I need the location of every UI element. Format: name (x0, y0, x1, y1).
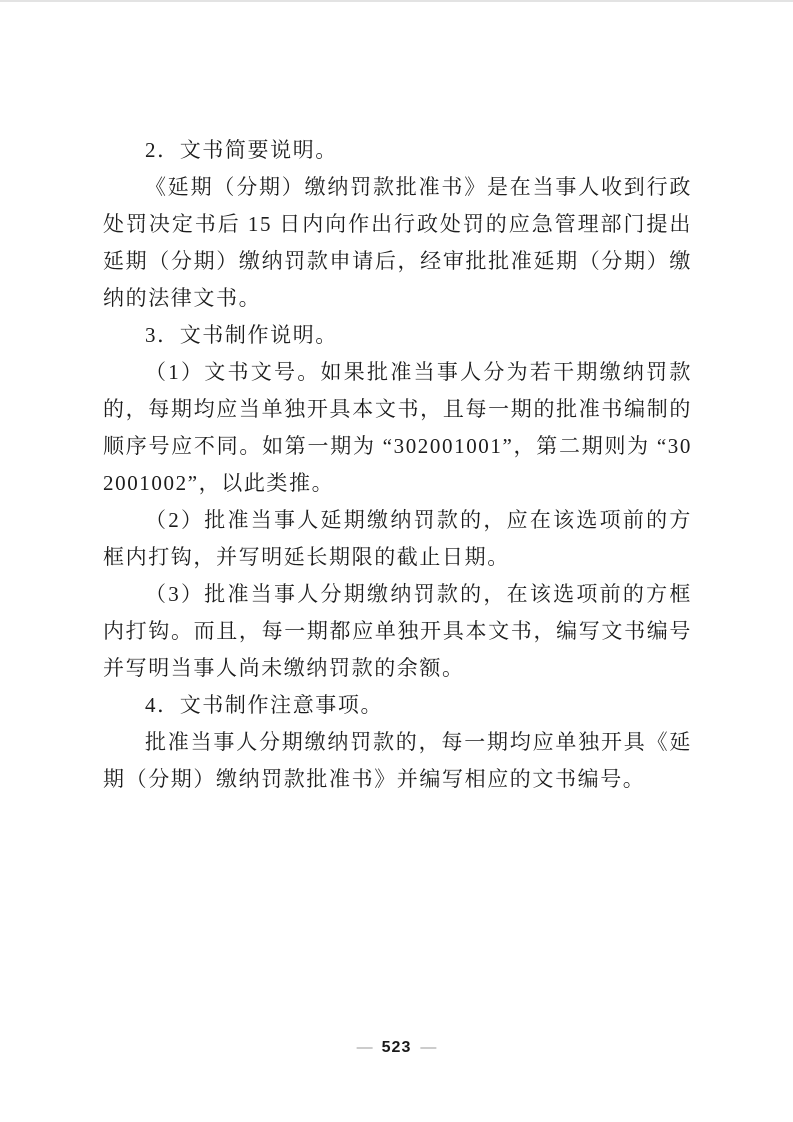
paragraph-section-3-heading: 3．文书制作说明。 (103, 317, 692, 354)
footer-dash-left: — (357, 1039, 373, 1056)
paragraph-section-2-heading: 2．文书简要说明。 (103, 132, 692, 169)
paragraph-item-3: （3）批准当事人分期缴纳罚款的，在该选项前的方框内打钩。而且，每一期都应单独开具… (103, 576, 692, 687)
footer-dash-right: — (420, 1039, 436, 1056)
paragraph-item-2: （2）批准当事人延期缴纳罚款的，应在该选项前的方框内打钩，并写明延长期限的截止日… (103, 502, 692, 576)
page-number: 523 (382, 1039, 412, 1056)
page-footer: —523— (0, 1038, 793, 1058)
paragraph-section-4-heading: 4．文书制作注意事项。 (103, 687, 692, 724)
paragraph-section-4-body: 批准当事人分期缴纳罚款的，每一期均应单独开具《延期（分期）缴纳罚款批准书》并编写… (103, 724, 692, 798)
document-body: 2．文书简要说明。 《延期（分期）缴纳罚款批准书》是在当事人收到行政处罚决定书后… (103, 132, 692, 798)
document-page: 2．文书简要说明。 《延期（分期）缴纳罚款批准书》是在当事人收到行政处罚决定书后… (0, 0, 793, 1122)
paragraph-item-1: （1）文书文号。如果批准当事人分为若干期缴纳罚款的，每期均应当单独开具本文书，且… (103, 354, 692, 502)
paragraph-section-2-body: 《延期（分期）缴纳罚款批准书》是在当事人收到行政处罚决定书后 15 日内向作出行… (103, 169, 692, 317)
